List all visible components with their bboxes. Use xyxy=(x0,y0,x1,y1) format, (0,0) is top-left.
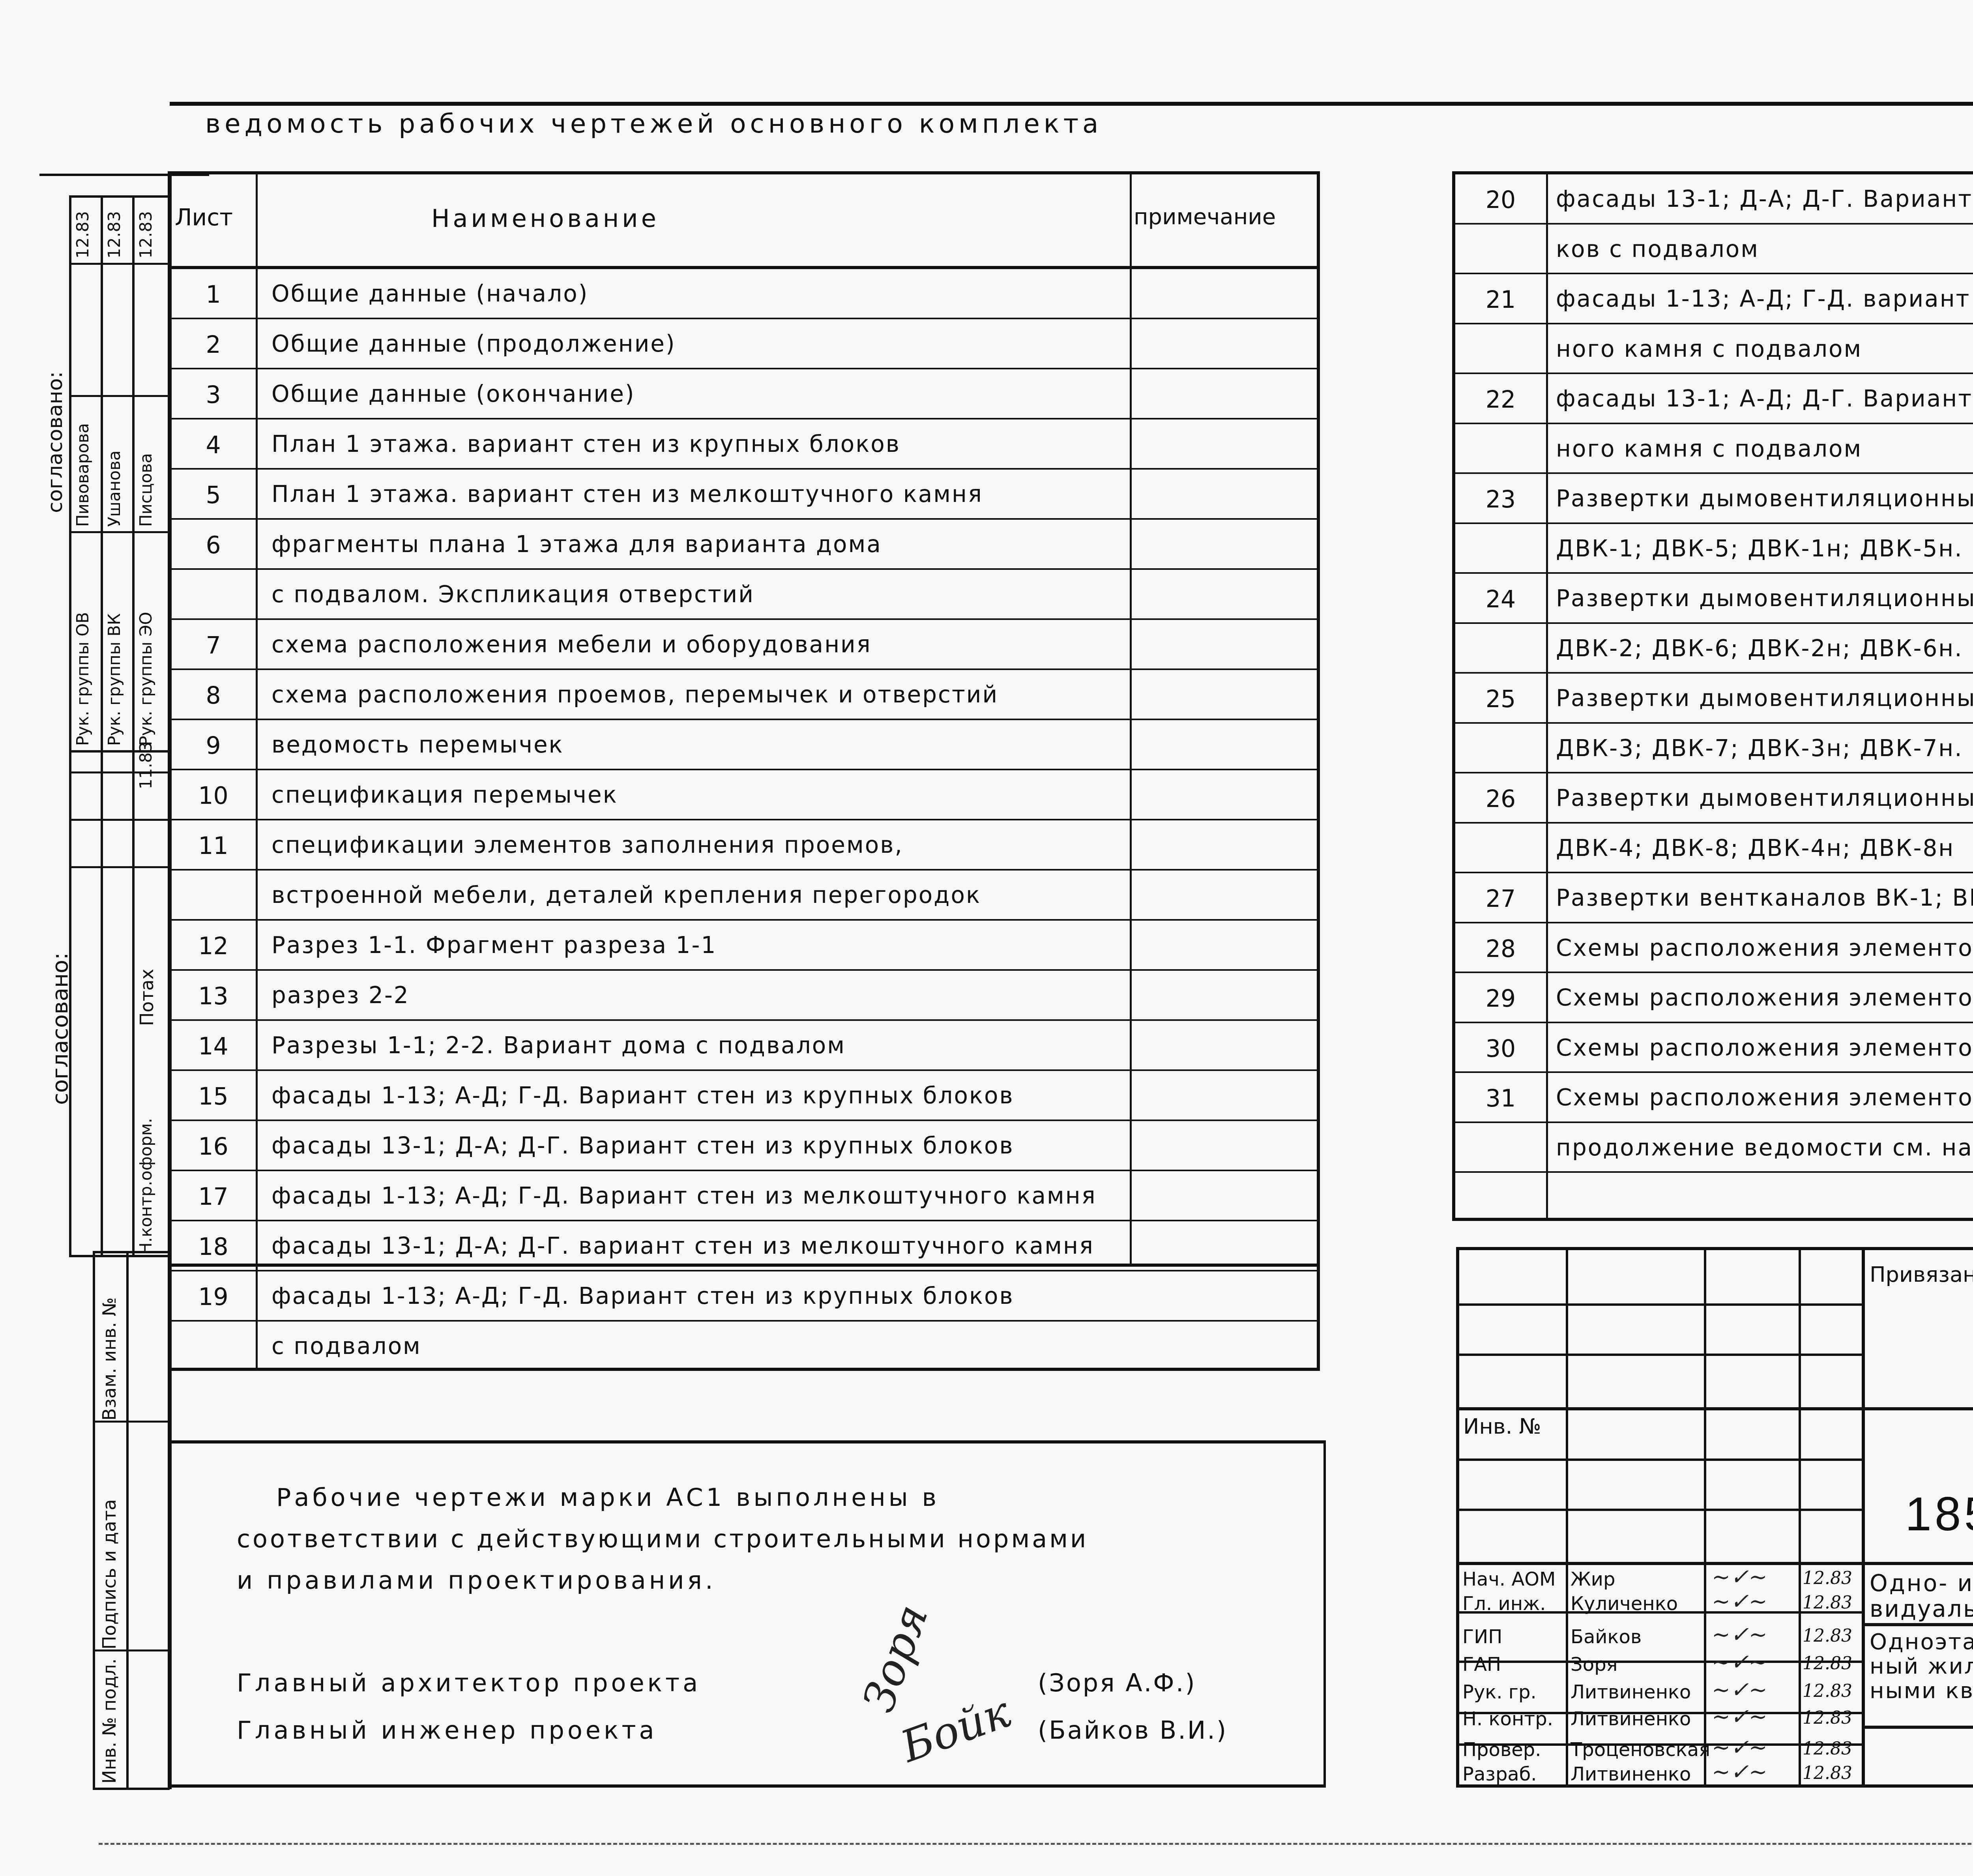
grid-line xyxy=(1799,1250,1801,1787)
grid-line xyxy=(1566,1250,1568,1787)
staff-role: Разраб. xyxy=(1462,1763,1537,1785)
row-divider xyxy=(1455,1121,1973,1123)
staff-name: Жир xyxy=(1571,1568,1615,1590)
row-divider xyxy=(1455,772,1973,773)
agreed-name: Писцова xyxy=(136,453,155,527)
staff-name: Куличенко xyxy=(1571,1593,1678,1615)
row-divider xyxy=(1455,223,1973,225)
row-divider xyxy=(171,518,1319,520)
row-title: спецификации элементов заполнения проемо… xyxy=(271,831,903,858)
row-title: Схемы расположения элементов стен по ося… xyxy=(1556,1034,1973,1061)
row-divider xyxy=(1455,972,1973,973)
row-sheet-number: 16 xyxy=(171,1133,256,1161)
staff-role: ГИП xyxy=(1462,1626,1502,1648)
row-title: Общие данные (начало) xyxy=(271,280,588,307)
row-divider xyxy=(171,1120,1319,1121)
inv-label: Инв. № xyxy=(1463,1414,1541,1439)
row-divider xyxy=(171,568,1319,570)
staff-date: 12.83 xyxy=(1803,1739,1852,1759)
grid-line xyxy=(1459,1509,1862,1511)
row-sheet-number: 24 xyxy=(1455,586,1546,613)
grid-line xyxy=(69,819,170,821)
row-divider xyxy=(1455,373,1973,374)
agreed-date: 12.83 xyxy=(136,211,155,258)
row-divider xyxy=(171,1220,1319,1221)
row-title: разрез 2-2 xyxy=(271,982,410,1009)
staff-date: 12.83 xyxy=(1803,1593,1852,1613)
row-divider xyxy=(1455,423,1973,424)
row-title: Схемы расположения элементов стен по ося… xyxy=(1556,984,1973,1011)
row-title: фасады 1-13; А-Д; Г-Д. Вариант стен из к… xyxy=(271,1082,1014,1109)
header-divider xyxy=(171,266,1319,269)
row-title: фасады 13-1; Д-А; Д-Г. вариант стен из м… xyxy=(271,1232,1094,1259)
grid-line xyxy=(1459,1303,1862,1306)
staff-name: Троценовская xyxy=(1571,1739,1710,1761)
row-sheet-number: 7 xyxy=(171,632,256,659)
grid-line xyxy=(101,750,103,1255)
row-divider xyxy=(171,819,1319,820)
staff-signature: ~✓~ xyxy=(1712,1677,1767,1703)
chief-architect-name: (Зоря А.Ф.) xyxy=(1038,1668,1196,1697)
row-sheet-number: 25 xyxy=(1455,685,1546,713)
grid-line xyxy=(101,198,103,750)
header-note: примечание xyxy=(1134,204,1276,230)
row-divider xyxy=(1455,472,1973,474)
row-sheet-number: 15 xyxy=(171,1083,256,1110)
staff-signature: ~✓~ xyxy=(1712,1564,1767,1590)
grid-line xyxy=(69,263,170,265)
table-bottom-line xyxy=(171,1264,1319,1267)
staff-name: Зоря xyxy=(1571,1653,1617,1676)
row-title: Общие данные (окончание) xyxy=(271,380,635,407)
row-sheet-number: 20 xyxy=(1455,186,1546,214)
staff-name: Литвиненко xyxy=(1571,1708,1691,1730)
document-code: 185-000-339.85 xyxy=(1905,1487,1973,1541)
row-divider xyxy=(1455,1071,1973,1073)
grid-line xyxy=(69,750,71,1255)
row-divider xyxy=(1455,572,1973,574)
left-drawing-list-table: Лист Наименование примечание 1Общие данн… xyxy=(168,171,1320,1371)
grid-line xyxy=(93,1251,95,1788)
row-sheet-number: 4 xyxy=(171,431,256,459)
row-sheet-number: 28 xyxy=(1455,935,1546,963)
row-sheet-number: 5 xyxy=(171,481,256,509)
staff-role: ГАП xyxy=(1462,1653,1501,1676)
row-title: Развертки дымовентиляционных каналов xyxy=(1556,784,1973,811)
row-sheet-number: 12 xyxy=(171,932,256,960)
row-divider xyxy=(1455,522,1973,524)
row-sheet-number: 11 xyxy=(171,832,256,860)
row-title: фасады 13-1; А-Д; Д-Г. Вариант стен из м… xyxy=(1556,385,1973,412)
row-title: спецификация перемычек xyxy=(271,781,618,808)
row-title: схема расположения мебели и оборудования xyxy=(271,631,872,658)
grid-line xyxy=(126,1251,129,1788)
row-sheet-number: 1 xyxy=(171,281,256,309)
row-title: ДВК-4; ДВК-8; ДВК-4н; ДВК-8н xyxy=(1556,835,1954,861)
row-divider xyxy=(1455,1022,1973,1023)
row-sheet-number: 19 xyxy=(171,1283,256,1311)
row-title: Развертки дымовентиляционных каналов xyxy=(1556,685,1973,711)
col-divider xyxy=(256,174,258,1370)
row-title: Разрезы 1-1; 2-2. Вариант дома с подвало… xyxy=(271,1032,846,1059)
row-divider xyxy=(171,1270,1319,1271)
staff-date: 12.83 xyxy=(1803,1763,1852,1783)
row-divider xyxy=(171,969,1319,971)
project-title-1: Одно- и двухэтажные жилые дома для инди- xyxy=(1870,1570,1973,1597)
header-name: Наименование xyxy=(431,204,659,233)
row-sheet-number: 21 xyxy=(1455,286,1546,314)
chief-architect-role: Главный архитектор проекта xyxy=(237,1668,701,1697)
row-sheet-number: 22 xyxy=(1455,386,1546,414)
frame-bottom-line xyxy=(99,1843,1973,1845)
row-sheet-number: 23 xyxy=(1455,486,1546,513)
row-title: продолжение ведомости см. на листе 2 xyxy=(1556,1134,1973,1161)
row-title: с подвалом xyxy=(271,1333,421,1359)
row-sheet-number: 29 xyxy=(1455,985,1546,1013)
row-title: Схемы расположения элементов стен по ося… xyxy=(1556,1084,1973,1111)
staff-name: Литвиненко xyxy=(1571,1681,1691,1703)
row-sheet-number: 9 xyxy=(171,732,256,760)
row-divider xyxy=(171,1069,1319,1071)
staff-role: Рук. гр. xyxy=(1462,1681,1537,1703)
row-sheet-number: 18 xyxy=(171,1233,256,1261)
staff-date: 12.83 xyxy=(1803,1568,1852,1588)
agreed-name: Пивоварова xyxy=(73,423,92,527)
row-sheet-number: 31 xyxy=(1455,1085,1546,1112)
agreed-role: Рук. группы ЭО xyxy=(136,612,155,746)
grid-line xyxy=(1459,1458,1862,1461)
row-divider xyxy=(171,1019,1319,1021)
row-title: Развертки дымовентиляционных каналов xyxy=(1556,485,1973,512)
row-title: ДВК-3; ДВК-7; ДВК-3н; ДВК-7н. xyxy=(1556,735,1963,762)
row-title: фасады 1-13; А-Д; Г-Д. Вариант стен из м… xyxy=(271,1182,1097,1209)
staff-name: Байков xyxy=(1571,1626,1642,1648)
agreed-date: 12.83 xyxy=(105,211,124,258)
row-title: Развертки вентканалов ВК-1; ВК-2 xyxy=(1556,884,1973,911)
staff-date: 12.83 xyxy=(1803,1681,1852,1701)
row-sheet-number: 17 xyxy=(171,1183,256,1211)
grid-line xyxy=(69,866,170,868)
notes-line-2: соответствии с действующими строительным… xyxy=(237,1524,1088,1553)
row-divider xyxy=(171,318,1319,319)
object-line-1: Одноэтажный двухквартир- xyxy=(1870,1629,1973,1655)
row-title: ведомость перемычек xyxy=(271,731,564,758)
notes-box: Рабочие чертежи марки АС1 выполнены в со… xyxy=(170,1440,1326,1788)
row-divider xyxy=(1455,722,1973,724)
right-drawing-list-table: 20фасады 13-1; Д-А; Д-Г. Вариант стен из… xyxy=(1452,171,1973,1221)
object-line-2: ный жилой дом с 3-комнат- xyxy=(1870,1653,1973,1679)
grid-line xyxy=(1862,1250,1865,1787)
row-sheet-number: 26 xyxy=(1455,785,1546,813)
row-divider xyxy=(171,618,1319,620)
row-sheet-number: 2 xyxy=(171,331,256,359)
signature-baykov: Бойк xyxy=(895,1686,1017,1772)
grid-line xyxy=(1459,1407,1973,1410)
staff-name: Литвиненко xyxy=(1571,1763,1691,1785)
grid-line xyxy=(132,198,135,750)
row-title: фрагменты плана 1 этажа для варианта дом… xyxy=(271,531,882,558)
row-title: ного камня с подвалом xyxy=(1556,335,1862,362)
agreed-role: Рук. группы ОВ xyxy=(73,612,92,746)
title-block: Привязан Инв. № 185-000-339.85 -АС1 Одно… xyxy=(1456,1247,1973,1788)
agreed-date: 12.83 xyxy=(73,211,92,258)
object-line-3: ными квартирами xyxy=(1870,1678,1973,1704)
row-divider xyxy=(1455,323,1973,324)
grid-line xyxy=(69,771,170,773)
row-title: встроенной мебели, деталей крепления пер… xyxy=(271,882,981,908)
row-sheet-number: 3 xyxy=(171,381,256,409)
staff-role: Н. контр. xyxy=(1462,1708,1553,1730)
row-divider xyxy=(1455,872,1973,873)
staff-date: 12.83 xyxy=(1803,1626,1852,1646)
row-title: ДВК-1; ДВК-5; ДВК-1н; ДВК-5н. xyxy=(1556,535,1963,562)
row-title: Схемы расположения элементов стен по ося… xyxy=(1556,934,1973,961)
staff-signature: ~✓~ xyxy=(1712,1589,1767,1614)
staff-role: Гл. инж. xyxy=(1462,1593,1546,1615)
notes-line-3: и правилами проектирования. xyxy=(237,1566,716,1595)
agreed-role: Рук. группы ВК xyxy=(105,613,124,746)
row-divider xyxy=(1455,273,1973,274)
notes-line-1: Рабочие чертежи марки АС1 выполнены в xyxy=(276,1483,940,1512)
grid-line xyxy=(132,750,135,1255)
row-title: Развертки дымовентиляционных каналов xyxy=(1556,585,1973,612)
col-divider xyxy=(1546,174,1548,1220)
grid-line xyxy=(1862,1623,1973,1626)
row-divider xyxy=(1455,822,1973,824)
agreed-name: Ушанова xyxy=(105,451,124,527)
row-sheet-number: 27 xyxy=(1455,885,1546,913)
row-title: схема расположения проемов, перемычек и … xyxy=(271,681,998,708)
grid-line xyxy=(93,1649,170,1651)
staff-role: Нач. АОМ xyxy=(1462,1568,1556,1590)
row-sheet-number: 13 xyxy=(171,983,256,1010)
grid-line xyxy=(69,198,71,750)
row-divider xyxy=(171,1320,1319,1322)
staff-signature: ~✓~ xyxy=(1712,1735,1767,1760)
margin-border-line xyxy=(168,171,172,1789)
row-title: ДВК-2; ДВК-6; ДВК-2н; ДВК-6н. xyxy=(1556,635,1963,662)
header-sheet: Лист xyxy=(175,204,233,231)
row-title: Общие данные (продолжение) xyxy=(271,330,676,357)
row-title: фасады 1-13; А-Д; Г-Д. Вариант стен из к… xyxy=(271,1282,1014,1309)
grid-line xyxy=(1459,1661,1862,1663)
row-title: План 1 этажа. вариант стен из мелкоштучн… xyxy=(271,481,983,507)
row-sheet-number: 6 xyxy=(171,532,256,559)
grid-line xyxy=(1704,1250,1706,1787)
grid-line xyxy=(93,1421,170,1423)
row-title: План 1 этажа. вариант стен из крупных бл… xyxy=(271,431,900,457)
row-title: фасады 13-1; Д-А; Д-Г. Вариант стен из к… xyxy=(271,1132,1014,1159)
row-sheet-number: 14 xyxy=(171,1033,256,1060)
frame-top-line xyxy=(170,102,1973,106)
row-title: фасады 1-13; А-Д; Г-Д. вариант стен из м… xyxy=(1556,285,1973,312)
grid-line xyxy=(1862,1726,1973,1729)
row-divider xyxy=(171,668,1319,670)
row-divider xyxy=(1455,922,1973,923)
grid-line xyxy=(69,395,170,397)
row-sheet-number: 8 xyxy=(171,682,256,710)
row-divider xyxy=(1455,622,1973,624)
row-title: с подвалом. Экспликация отверстий xyxy=(271,581,754,608)
sheet-title: ведомость рабочих чертежей основного ком… xyxy=(205,109,1103,139)
row-divider xyxy=(1455,1171,1973,1173)
row-divider xyxy=(171,869,1319,871)
staff-role: Провер. xyxy=(1462,1739,1541,1761)
staff-signature: ~✓~ xyxy=(1712,1649,1767,1675)
grid-line xyxy=(1459,1354,1862,1356)
row-divider xyxy=(171,368,1319,369)
row-divider xyxy=(171,769,1319,770)
row-divider xyxy=(1455,672,1973,674)
staff-signature: ~✓~ xyxy=(1712,1759,1767,1785)
staff-signature: ~✓~ xyxy=(1712,1622,1767,1648)
row-sheet-number: 10 xyxy=(171,782,256,810)
staff-signature: ~✓~ xyxy=(1712,1704,1767,1730)
chief-engineer-role: Главный инженер проекта xyxy=(237,1716,657,1745)
row-title: ного камня с подвалом xyxy=(1556,435,1862,462)
signature-zorya: Зоря xyxy=(853,1598,938,1718)
project-title-2: видуальных застройщиков южных районов УС… xyxy=(1870,1595,1973,1622)
row-title: ков с подвалом xyxy=(1556,236,1759,262)
margin-control-stamp xyxy=(69,750,170,1257)
row-title: фасады 13-1; Д-А; Д-Г. Вариант стен из к… xyxy=(1556,185,1973,212)
row-divider xyxy=(171,919,1319,921)
chief-engineer-name: (Байков В.И.) xyxy=(1038,1716,1228,1745)
agreed-label-top: согласовано: xyxy=(43,371,67,513)
row-divider xyxy=(171,719,1319,720)
margin-inventory-stamp xyxy=(93,1251,170,1790)
row-title: Разрез 1-1. Фрагмент разреза 1-1 xyxy=(271,932,717,959)
row-sheet-number: 30 xyxy=(1455,1035,1546,1063)
staff-date: 12.83 xyxy=(1803,1653,1852,1674)
row-divider xyxy=(171,468,1319,470)
row-divider xyxy=(171,1170,1319,1171)
privyazan-label: Привязан xyxy=(1870,1262,1973,1287)
staff-date: 12.83 xyxy=(1803,1708,1852,1728)
grid-line xyxy=(93,1251,170,1253)
grid-line xyxy=(69,531,170,533)
row-divider xyxy=(171,418,1319,419)
